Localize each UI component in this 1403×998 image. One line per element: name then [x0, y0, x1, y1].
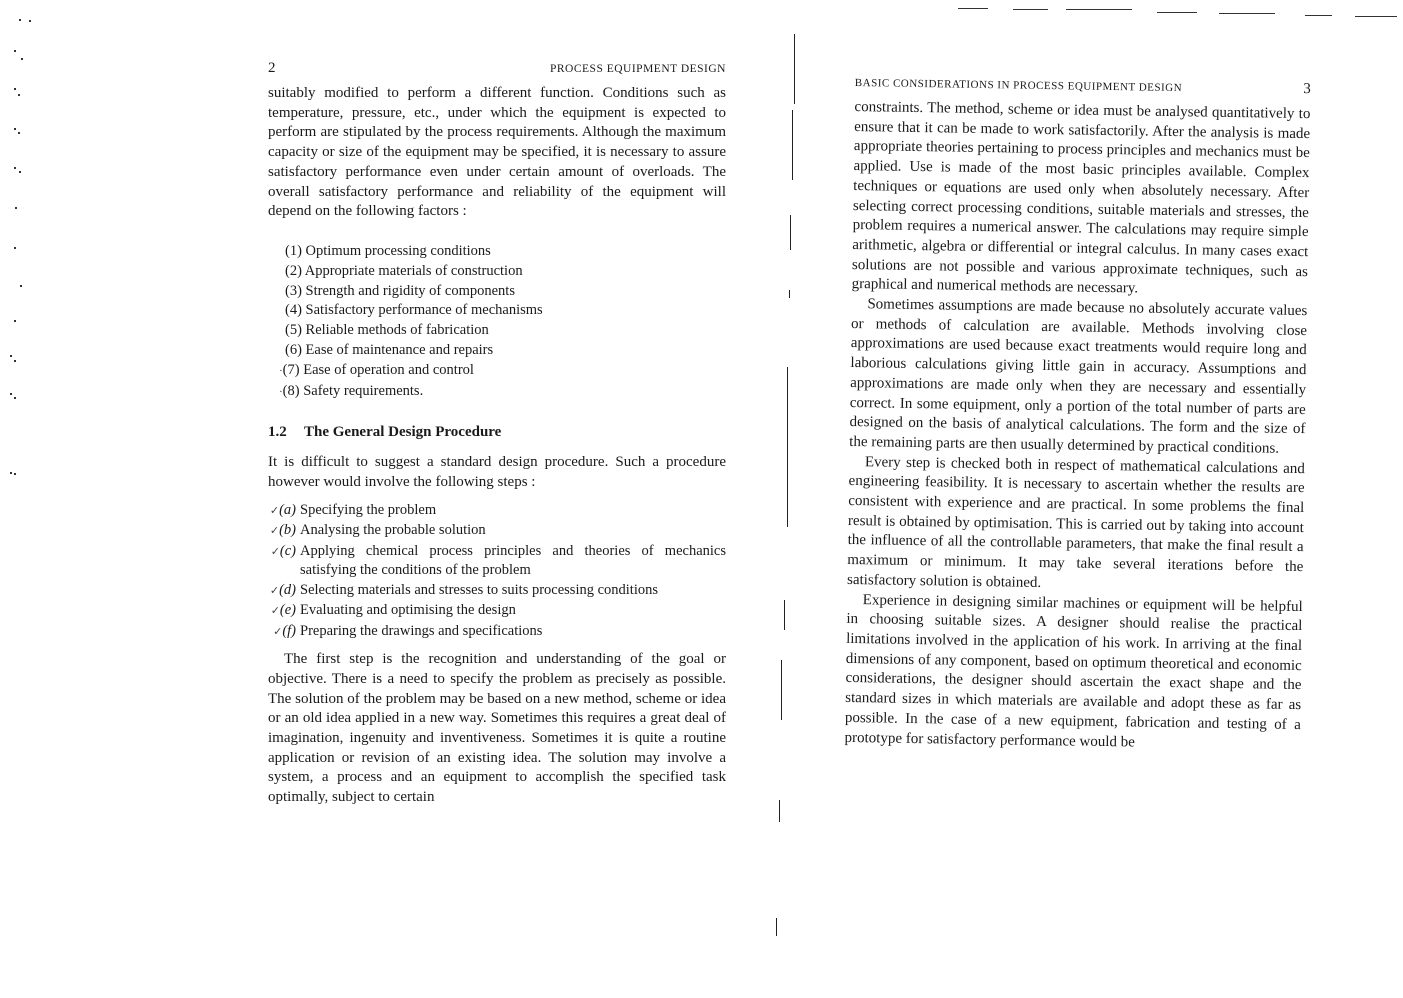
right-page: BASIC CONSIDERATIONS IN PROCESS EQUIPMEN… [844, 74, 1311, 755]
body-paragraph: Every step is checked both in respect of… [847, 453, 1305, 598]
factors-list: (1) Optimum processing conditions (2) Ap… [268, 242, 726, 402]
step-item: ✓(f)Preparing the drawings and specifica… [268, 622, 726, 643]
step-item: ✓(a)Specifying the problem [268, 501, 726, 522]
factor-item: (5) Reliable methods of fabrication [285, 321, 726, 341]
step-item: ✓(e)Evaluating and optimising the design [268, 601, 726, 622]
tick-mark-icon: ✓ [271, 605, 280, 617]
page-number: 3 [1303, 81, 1311, 98]
tick-mark-icon: ✓ [270, 525, 279, 537]
closing-paragraph: The first step is the recognition and un… [268, 650, 726, 808]
body-paragraph: constraints. The method, scheme or idea … [852, 98, 1311, 302]
factor-item: (6) Ease of maintenance and repairs [285, 341, 726, 361]
factor-item: ·(8) Safety requirements. [279, 382, 726, 403]
tick-mark-icon: ✓ [271, 546, 280, 558]
step-item: ✓(b)Analysing the probable solution [268, 521, 726, 542]
section-heading: 1.2The General Design Procedure [268, 424, 726, 441]
body-paragraph: Experience in designing similar machines… [844, 591, 1302, 756]
factor-item: (2) Appropriate materials of constructio… [285, 262, 726, 282]
factor-item: (3) Strength and rigidity of components [285, 282, 726, 302]
section-title: The General Design Procedure [304, 424, 501, 440]
factor-item: (1) Optimum processing conditions [285, 242, 726, 262]
step-item: ✓(c)Applying chemical process principles… [268, 542, 726, 581]
body-paragraph: Sometimes assumptions are made because n… [849, 295, 1307, 460]
steps-list: ✓(a)Specifying the problem ✓(b)Analysing… [268, 501, 726, 643]
running-head-left: 2 PROCESS EQUIPMENT DESIGN [268, 60, 726, 84]
intro-paragraph: suitably modified to perform a different… [268, 84, 726, 222]
tick-mark-icon: ✓ [273, 626, 282, 638]
factor-item: ·(7) Ease of operation and control [279, 361, 726, 382]
factor-item: (4) Satisfactory performance of mechanis… [285, 301, 726, 321]
running-head-title: PROCESS EQUIPMENT DESIGN [550, 63, 726, 75]
tick-mark-icon: ✓ [270, 585, 279, 597]
running-head-title: BASIC CONSIDERATIONS IN PROCESS EQUIPMEN… [855, 77, 1182, 94]
page-number: 2 [268, 60, 276, 77]
step-item: ✓(d)Selecting materials and stresses to … [268, 581, 726, 602]
left-page: 2 PROCESS EQUIPMENT DESIGN suitably modi… [268, 60, 726, 808]
tick-mark-icon: ✓ [270, 505, 279, 517]
section-intro: It is difficult to suggest a standard de… [268, 453, 726, 492]
section-number: 1.2 [268, 424, 304, 441]
